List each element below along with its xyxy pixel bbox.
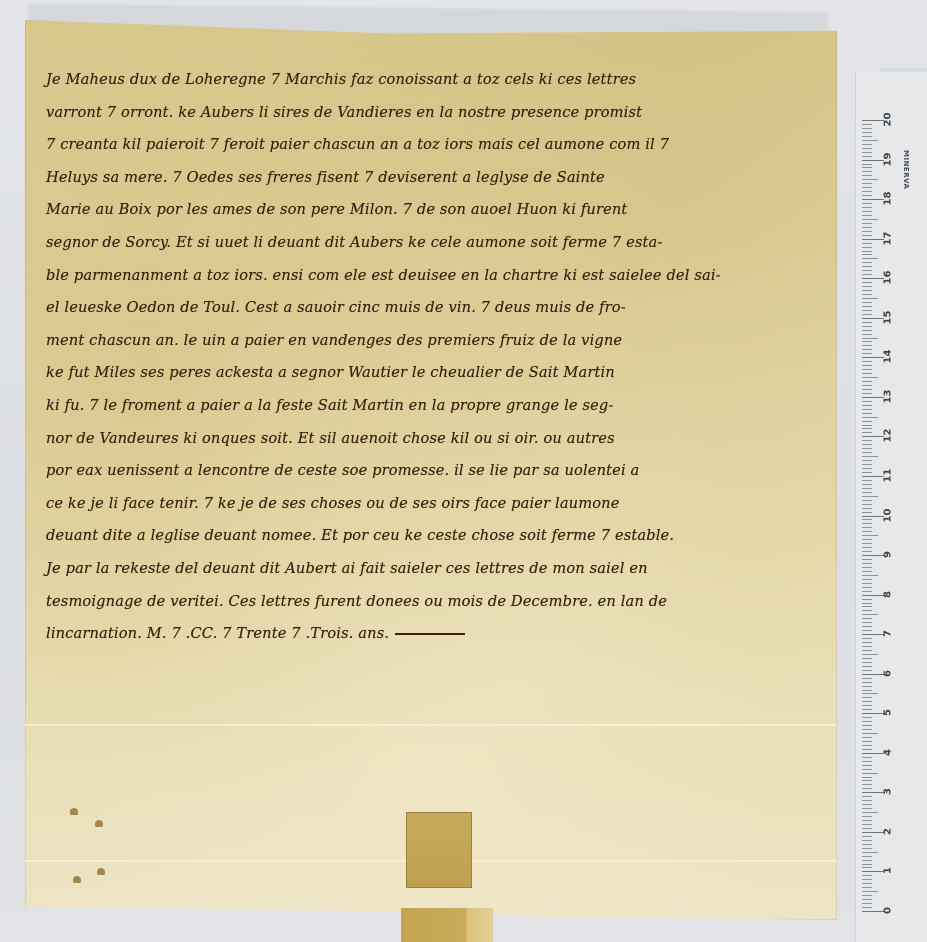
ruler-tick [862, 678, 872, 679]
seal-hole [73, 876, 81, 883]
ruler-tick [862, 614, 878, 615]
ruler-scale: 01234567891011121314151617181920 [856, 72, 927, 942]
ruler-tick [862, 187, 872, 188]
ruler-tick [862, 444, 872, 445]
ruler-tick [862, 852, 878, 853]
ruler-tick [862, 235, 872, 236]
ruler-tick [862, 879, 872, 880]
ruler-tick [862, 405, 872, 406]
ruler-tick [862, 543, 872, 544]
ruler-tick [862, 844, 872, 845]
ruler-label: 9 [883, 545, 894, 565]
text-line: ment chascun an. le uin a paier en vande… [46, 325, 836, 358]
ruler-tick [862, 460, 872, 461]
ruler-label: 6 [883, 663, 894, 683]
ruler-tick [862, 456, 878, 457]
ruler-label: 15 [883, 307, 894, 327]
ruler-tick [862, 227, 872, 228]
text-line: lincarnation. M. 7 .CC. 7 Trente 7 .Troi… [46, 618, 836, 651]
ruler-tick [862, 867, 872, 868]
ruler-tick [862, 274, 872, 275]
ruler-tick [862, 140, 878, 141]
ruler-tick [862, 397, 884, 398]
ruler-tick [862, 579, 872, 580]
ruler-tick [862, 848, 872, 849]
ruler-tick [862, 626, 872, 627]
ruler-tick [862, 697, 872, 698]
ruler-tick [862, 215, 872, 216]
ruler-tick [862, 749, 872, 750]
ruler-tick [862, 516, 884, 517]
ruler-tick [862, 891, 878, 892]
ruler-tick [862, 298, 878, 299]
ruler-tick [862, 373, 872, 374]
ruler-tick [862, 824, 872, 825]
ruler-tick [862, 128, 872, 129]
ruler-tick [862, 508, 872, 509]
ruler-tick [862, 832, 884, 833]
ruler-tick [862, 780, 872, 781]
ruler-tick [862, 899, 872, 900]
ruler-tick [862, 745, 872, 746]
ruler-tick [862, 828, 872, 829]
ruler-tick [862, 417, 878, 418]
ruler-label: 14 [883, 347, 894, 367]
ruler-tick [862, 591, 872, 592]
ruler-tick [862, 314, 872, 315]
ruler-tick [862, 622, 872, 623]
ruler-tick [862, 349, 872, 350]
ruler-label: 10 [883, 505, 894, 525]
ruler-tick [862, 338, 878, 339]
ruler-tick [862, 531, 872, 532]
ruler-label: 5 [883, 703, 894, 723]
ruler-tick [862, 223, 872, 224]
ruler-tick [862, 219, 878, 220]
ruler-tick [862, 559, 872, 560]
ruler-tick [862, 282, 872, 283]
ruler-tick [862, 278, 884, 279]
ruler-tick [862, 247, 872, 248]
ruler-tick [862, 690, 872, 691]
ruler-label: 17 [883, 228, 894, 248]
ruler-tick [862, 294, 872, 295]
ruler-tick [862, 654, 878, 655]
ruler-tick [862, 646, 872, 647]
charter-text: Je Maheus dux de Loheregne 7 Marchis faz… [46, 64, 836, 651]
ruler-tick [862, 535, 878, 536]
ruler-tick [862, 448, 872, 449]
ruler-label: 0 [883, 901, 894, 921]
ruler-tick [862, 266, 872, 267]
ruler-tick [862, 262, 872, 263]
fold-line [25, 724, 837, 726]
ruler-tick [862, 330, 872, 331]
ruler-tick [862, 650, 872, 651]
ruler-tick [862, 369, 872, 370]
ruler-tick [862, 773, 878, 774]
ruler-tick [862, 468, 872, 469]
ruler-tick [862, 595, 884, 596]
ruler-tick [862, 318, 884, 319]
ruler-tick [862, 361, 872, 362]
ruler-tick [862, 258, 878, 259]
ruler-tick [862, 658, 872, 659]
ruler-tick [862, 911, 884, 912]
ruler-tick [862, 164, 872, 165]
ruler-tick [862, 286, 872, 287]
ruler-tick [862, 132, 872, 133]
ruler-tick [862, 670, 872, 671]
ruler-tick [862, 199, 884, 200]
ruler-tick [862, 539, 872, 540]
ruler-tick [862, 393, 872, 394]
ruler-label: 2 [883, 821, 894, 841]
ruler-tick [862, 599, 872, 600]
ruler-tick [862, 804, 872, 805]
ruler-tick [862, 389, 872, 390]
ruler-label: 18 [883, 189, 894, 209]
ruler-tick [862, 761, 872, 762]
ruler-tick [862, 717, 872, 718]
ruler-tick [862, 907, 872, 908]
ruler-tick [862, 425, 872, 426]
ruler-tick [862, 148, 872, 149]
ruler-tick [862, 840, 872, 841]
ruler-label: 3 [883, 782, 894, 802]
ruler-tick [862, 401, 872, 402]
ruler-tick [862, 757, 872, 758]
ruler-tick [862, 251, 872, 252]
ruler-tick [862, 682, 872, 683]
ruler-tick [862, 820, 872, 821]
ruler-tick [862, 231, 872, 232]
ruler-tick [862, 875, 872, 876]
text-line: varront 7 orront. ke Aubers li sires de … [46, 97, 836, 130]
ruler-tick [862, 693, 878, 694]
ruler-tick [862, 860, 872, 861]
ruler-label: 19 [883, 149, 894, 169]
ruler-tick [862, 777, 872, 778]
ruler-tick [862, 413, 872, 414]
ruler-tick [862, 124, 872, 125]
ruler-tick [862, 203, 872, 204]
text-line: deuant dite a leglise deuant nomee. Et p… [46, 520, 836, 553]
ruler-tick [862, 322, 872, 323]
ruler-tick [862, 563, 872, 564]
text-line: tesmoignage de veritei. Ces lettres fure… [46, 586, 836, 619]
ruler-tick [862, 310, 872, 311]
ruler-tick [862, 254, 872, 255]
ruler-tick [862, 729, 872, 730]
ruler-tick [862, 792, 884, 793]
ruler-tick [862, 630, 872, 631]
ruler-tick [862, 701, 872, 702]
ruler-tick [862, 662, 872, 663]
ruler-tick [862, 152, 872, 153]
ruler-tick [862, 167, 872, 168]
ruler-tick [862, 195, 872, 196]
text-line: ke fut Miles ses peres ackesta a segnor … [46, 357, 836, 390]
ruler-tick [862, 705, 872, 706]
ruler-tick [862, 334, 872, 335]
ruler-tick [862, 290, 872, 291]
text-line: ki fu. 7 le froment a paier a la feste S… [46, 390, 836, 423]
ruler-tick [862, 551, 872, 552]
ruler-tick [862, 567, 872, 568]
ruler-label: 7 [883, 624, 894, 644]
text-line: Je Maheus dux de Loheregne 7 Marchis faz… [46, 64, 836, 97]
ruler-brand: MINERVA [902, 150, 910, 189]
ruler-tick [862, 638, 872, 639]
ruler-tick [862, 357, 884, 358]
ruler-tick [862, 504, 872, 505]
text-line: por eax uenissent a lencontre de ceste s… [46, 455, 836, 488]
ruler-tick [862, 353, 872, 354]
ruler-tick [862, 306, 872, 307]
ruler-tick [862, 864, 872, 865]
ruler-tick [862, 808, 872, 809]
ruler-label: 11 [883, 465, 894, 485]
ruler-tick [862, 686, 872, 687]
text-line: ble parmenanment a toz iors. ensi com el… [46, 260, 836, 293]
ruler-tick [862, 895, 872, 896]
seal-tag-strip [401, 908, 493, 942]
ruler-tick [862, 721, 872, 722]
ruler-tick [862, 365, 872, 366]
ruler-tick [862, 432, 872, 433]
seal-hole [70, 808, 78, 815]
ruler-tick [862, 709, 872, 710]
ruler-tick [862, 144, 872, 145]
ruler-tick [862, 674, 884, 675]
ruler-tick [862, 523, 872, 524]
ruler-tick [862, 440, 872, 441]
ruler-tick [862, 733, 878, 734]
ruler-tick [862, 156, 872, 157]
ruler-tick [862, 377, 878, 378]
ruler-tick [862, 484, 872, 485]
ruler-tick [862, 713, 884, 714]
ruler-label: 4 [883, 742, 894, 762]
ruler-tick [862, 270, 872, 271]
ruler-tick [862, 555, 884, 556]
ruler-tick [862, 211, 872, 212]
ruler-tick [862, 500, 872, 501]
ruler-tick [862, 512, 872, 513]
ruler-tick [862, 207, 872, 208]
ruler-tick [862, 175, 872, 176]
ruler-tick [862, 302, 872, 303]
ruler-tick [862, 452, 872, 453]
text-line: Je par la rekeste del deuant dit Aubert … [46, 553, 836, 586]
text-line: 7 creanta kil paieroit 7 feroit paier ch… [46, 129, 836, 162]
ruler-tick [862, 527, 872, 528]
ruler-tick [862, 903, 872, 904]
text-line: segnor de Sorcy. Et si uuet li deuant di… [46, 227, 836, 260]
ruler-tick [862, 606, 872, 607]
ruler-tick [862, 492, 872, 493]
ruler-tick [862, 136, 872, 137]
ruler-tick [862, 634, 884, 635]
ruler-label: 12 [883, 426, 894, 446]
ruler-tick [862, 784, 872, 785]
ruler-tick [862, 345, 872, 346]
ruler-label: 1 [883, 861, 894, 881]
ruler-tick [862, 488, 872, 489]
ruler-tick [862, 587, 872, 588]
ruler-tick [862, 385, 872, 386]
ruler-label: 8 [883, 584, 894, 604]
ruler-tick [862, 160, 884, 161]
ruler-tick [862, 341, 872, 342]
ruler-tick [862, 642, 872, 643]
ruler-tick [862, 618, 872, 619]
ruler-tick [862, 496, 878, 497]
ruler-tick [862, 179, 878, 180]
ruler-tick [862, 796, 872, 797]
ruler-label: 20 [883, 110, 894, 130]
ruler-tick [862, 191, 872, 192]
ruler-label: 13 [883, 386, 894, 406]
seal-hole [95, 820, 103, 827]
ruler-tick [862, 476, 884, 477]
ruler-tick [862, 571, 872, 572]
ruler-tick [862, 883, 872, 884]
ruler-tick [862, 725, 872, 726]
ruler-tick [862, 464, 872, 465]
measuring-ruler: 01234567891011121314151617181920 [855, 72, 927, 942]
ruler-tick [862, 812, 878, 813]
text-line: Marie au Boix por les ames de son pere M… [46, 194, 836, 227]
ruler-tick [862, 887, 872, 888]
ruler-tick [862, 243, 872, 244]
ruler-tick [862, 871, 884, 872]
ruler-tick [862, 409, 872, 410]
text-line: el leueske Oedon de Toul. Cest a sauoir … [46, 292, 836, 325]
ruler-tick [862, 737, 872, 738]
seal-hole [97, 868, 105, 875]
ruler-tick [862, 856, 872, 857]
ruler-tick [862, 753, 884, 754]
ruler-tick [862, 381, 872, 382]
ruler-tick [862, 428, 872, 429]
ruler-tick [862, 480, 872, 481]
text-line: nor de Vandeures ki onques soit. Et sil … [46, 423, 836, 456]
ruler-tick [862, 666, 872, 667]
ruler-tick [862, 836, 872, 837]
ruler-tick [862, 120, 884, 121]
text-line: ce ke je li face tenir. 7 ke je de ses c… [46, 488, 836, 521]
ruler-tick [862, 326, 872, 327]
ruler-tick [862, 788, 872, 789]
ruler-tick [862, 472, 872, 473]
ruler-tick [862, 800, 872, 801]
ruler-tick [862, 816, 872, 817]
ruler-tick [862, 436, 884, 437]
ruler-tick [862, 519, 872, 520]
ruler-label: 16 [883, 268, 894, 288]
ruler-tick [862, 583, 872, 584]
ruler-tick [862, 575, 878, 576]
ruler-tick [862, 183, 872, 184]
ruler-tick [862, 741, 872, 742]
ruler-tick [862, 610, 872, 611]
ruler-tick [862, 239, 884, 240]
ruler-tick [862, 547, 872, 548]
ruler-tick [862, 765, 872, 766]
ruler-tick [862, 603, 872, 604]
ruler-tick [862, 769, 872, 770]
ruler-tick [862, 171, 872, 172]
seal-tag [406, 812, 472, 888]
text-line: Heluys sa mere. 7 Oedes ses freres fisen… [46, 162, 836, 195]
ruler-tick [862, 421, 872, 422]
